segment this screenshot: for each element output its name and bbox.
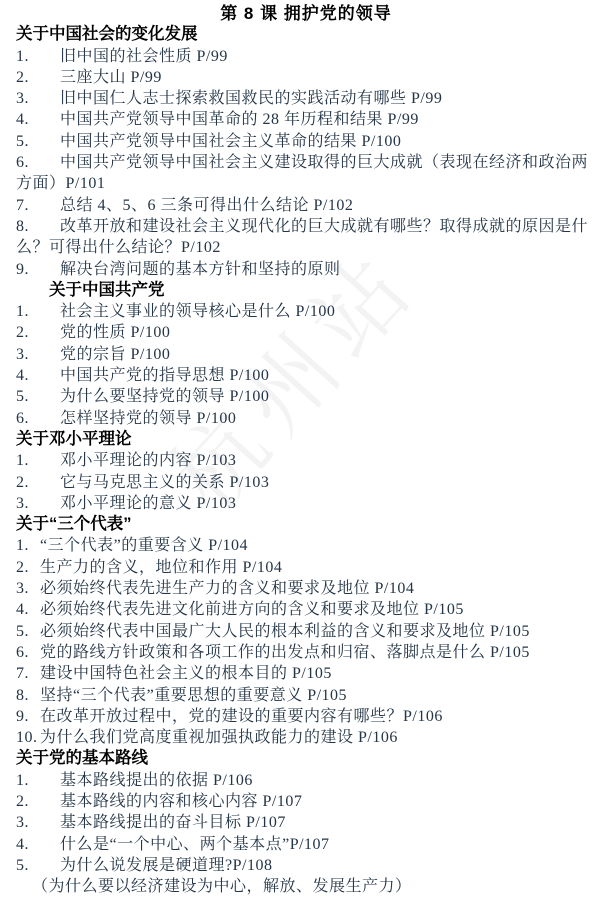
item-number: 4. xyxy=(16,109,60,130)
item-number: 5. xyxy=(16,855,60,876)
item-number: 3. xyxy=(16,88,60,109)
item-text: 为什么我们党高度重视加强执政能力的建设 P/106 xyxy=(40,729,398,746)
item-number: 1. xyxy=(16,770,60,791)
item-text: 怎样坚持党的领导 P/100 xyxy=(60,410,236,427)
item-text: 基本路线的内容和核心内容 P/107 xyxy=(60,793,302,810)
list-item: 1.“三个代表”的重要含义 P/104 xyxy=(16,535,596,556)
item-number: 2. xyxy=(16,557,40,578)
item-text: 党的性质 P/100 xyxy=(60,324,170,341)
list-item: 3.邓小平理论的意义 P/103 xyxy=(16,493,596,514)
item-number: 5. xyxy=(16,621,40,642)
list-item: 6.怎样坚持党的领导 P/100 xyxy=(16,408,596,429)
list-item: 3.旧中国仁人志士探索救国救民的实践活动有哪些 P/99 xyxy=(16,88,596,109)
item-number: 8. xyxy=(16,216,60,237)
item-number: 5. xyxy=(16,386,60,407)
item-text: 建设中国特色社会主义的根本目的 P/105 xyxy=(40,665,332,682)
list-item: 9.在改革开放过程中，党的建设的重要内容有哪些？P/106 xyxy=(16,706,596,727)
list-item: 2.党的性质 P/100 xyxy=(16,322,596,343)
item-number: 6. xyxy=(16,152,60,173)
section-three-represents: 关于“三个代表” 1.“三个代表”的重要含义 P/104 2.生产力的含义，地位… xyxy=(16,514,596,748)
item-number: 8. xyxy=(16,685,40,706)
item-text: 基本路线提出的依据 P/106 xyxy=(60,772,253,789)
list-item: 7.建设中国特色社会主义的根本目的 P/105 xyxy=(16,663,596,684)
item-text: 解决台湾问题的基本方针和坚持的原则 xyxy=(60,261,341,278)
item-text: 旧中国仁人志士探索救国救民的实践活动有哪些 P/99 xyxy=(60,90,442,107)
list-item: 1.旧中国的社会性质 P/99 xyxy=(16,46,596,67)
item-number: 4. xyxy=(16,365,60,386)
item-text: 旧中国的社会性质 P/99 xyxy=(60,48,228,65)
item-text: 什么是“一个中心、两个基本点”P/107 xyxy=(60,836,330,853)
item-number: 6. xyxy=(16,408,60,429)
item-number: 4. xyxy=(16,599,40,620)
item-text: 中国共产党领导中国革命的 28 年历程和结果 P/99 xyxy=(60,111,419,128)
list-item: 1.社会主义事业的领导核心是什么 P/100 xyxy=(16,301,596,322)
item-text: 为什么要坚持党的领导 P/100 xyxy=(60,388,269,405)
item-number: 1. xyxy=(16,450,60,471)
document-page: 杭州站 第 8 课 拥护党的领导 关于中国社会的变化发展 1.旧中国的社会性质 … xyxy=(0,0,612,897)
item-number: 9. xyxy=(16,706,40,727)
item-number: 6. xyxy=(16,642,40,663)
item-text: 邓小平理论的意义 P/103 xyxy=(60,495,236,512)
item-text: 它与马克思主义的关系 P/103 xyxy=(60,474,269,491)
item-text: 生产力的含义，地位和作用 P/104 xyxy=(40,559,282,576)
section-note: （为什么要以经济建设为中心，解放、发展生产力） xyxy=(16,876,596,897)
item-number: 5. xyxy=(16,131,60,152)
section-heading: 关于党的基本路线 xyxy=(16,748,596,769)
item-text: 坚持“三个代表”重要思想的重要意义 P/105 xyxy=(40,687,347,704)
section-heading: 关于中国共产党 xyxy=(16,280,596,301)
item-number: 7. xyxy=(16,195,60,216)
list-item: 3.党的宗旨 P/100 xyxy=(16,344,596,365)
item-number: 3. xyxy=(16,344,60,365)
item-number: 1. xyxy=(16,535,40,556)
item-number: 1. xyxy=(16,46,60,67)
list-item: 3.基本路线提出的奋斗目标 P/107 xyxy=(16,812,596,833)
list-item: 5.为什么要坚持党的领导 P/100 xyxy=(16,386,596,407)
list-item: 2.它与马克思主义的关系 P/103 xyxy=(16,472,596,493)
list-item: 4.中国共产党的指导思想 P/100 xyxy=(16,365,596,386)
item-text: 基本路线提出的奋斗目标 P/107 xyxy=(60,814,286,831)
list-item: 6.党的路线方针政策和各项工作的出发点和归宿、落脚点是什么 P/105 xyxy=(16,642,596,663)
list-item: 4.必须始终代表先进文化前进方向的含义和要求及地位 P/105 xyxy=(16,599,596,620)
item-text: 邓小平理论的内容 P/103 xyxy=(60,452,236,469)
section-basic-line: 关于党的基本路线 1.基本路线提出的依据 P/106 2.基本路线的内容和核心内… xyxy=(16,748,596,897)
item-text: 在改革开放过程中，党的建设的重要内容有哪些？P/106 xyxy=(40,708,443,725)
item-text: 必须始终代表先进文化前进方向的含义和要求及地位 P/105 xyxy=(40,601,464,618)
item-text: 中国共产党领导中国社会主义建设取得的巨大成就（表现在经济和政治两方面）P/101 xyxy=(16,154,588,192)
section-social-change: 关于中国社会的变化发展 1.旧中国的社会性质 P/99 2.三座大山 P/99 … xyxy=(16,24,596,280)
section-heading: 关于中国社会的变化发展 xyxy=(16,24,596,45)
item-text: 党的宗旨 P/100 xyxy=(60,346,170,363)
list-item: 7.总结 4、5、6 三条可得出什么结论 P/102 xyxy=(16,195,596,216)
item-number: 7. xyxy=(16,663,40,684)
list-item: 2.生产力的含义，地位和作用 P/104 xyxy=(16,557,596,578)
item-text: 三座大山 P/99 xyxy=(60,69,162,86)
list-item: 8.坚持“三个代表”重要思想的重要意义 P/105 xyxy=(16,685,596,706)
section-deng-theory: 关于邓小平理论 1.邓小平理论的内容 P/103 2.它与马克思主义的关系 P/… xyxy=(16,429,596,514)
item-text: 必须始终代表先进生产力的含义和要求及地位 P/104 xyxy=(40,580,414,597)
item-number: 10. xyxy=(16,727,40,748)
item-text: 总结 4、5、6 三条可得出什么结论 P/102 xyxy=(60,197,353,214)
item-text: 中国共产党的指导思想 P/100 xyxy=(60,367,269,384)
list-item: 5.必须始终代表中国最广大人民的根本利益的含义和要求及地位 P/105 xyxy=(16,621,596,642)
list-item: 9.解决台湾问题的基本方针和坚持的原则 xyxy=(16,259,596,280)
list-item: 10.为什么我们党高度重视加强执政能力的建设 P/106 xyxy=(16,727,596,748)
item-number: 3. xyxy=(16,812,60,833)
list-item: 1.基本路线提出的依据 P/106 xyxy=(16,770,596,791)
item-text: “三个代表”的重要含义 P/104 xyxy=(40,537,248,554)
list-item: 6.中国共产党领导中国社会主义建设取得的巨大成就（表现在经济和政治两方面）P/1… xyxy=(16,152,596,195)
section-cpc: 关于中国共产党 1.社会主义事业的领导核心是什么 P/100 2.党的性质 P/… xyxy=(16,280,596,429)
item-number: 2. xyxy=(16,322,60,343)
item-text: 为什么说发展是硬道理?P/108 xyxy=(60,857,272,874)
item-number: 3. xyxy=(16,493,60,514)
list-item: 8.改革开放和建设社会主义现代化的巨大成就有哪些？取得成就的原因是什么？可得出什… xyxy=(16,216,596,259)
item-number: 2. xyxy=(16,67,60,88)
section-heading: 关于邓小平理论 xyxy=(16,429,596,450)
item-number: 9. xyxy=(16,259,60,280)
item-text: 社会主义事业的领导核心是什么 P/100 xyxy=(60,303,335,320)
section-heading: 关于“三个代表” xyxy=(16,514,596,535)
list-item: 4.中国共产党领导中国革命的 28 年历程和结果 P/99 xyxy=(16,109,596,130)
list-item: 4.什么是“一个中心、两个基本点”P/107 xyxy=(16,834,596,855)
list-item: 2.三座大山 P/99 xyxy=(16,67,596,88)
list-item: 1.邓小平理论的内容 P/103 xyxy=(16,450,596,471)
list-item: 3.必须始终代表先进生产力的含义和要求及地位 P/104 xyxy=(16,578,596,599)
item-text: 改革开放和建设社会主义现代化的巨大成就有哪些？取得成就的原因是什么？可得出什么结… xyxy=(16,218,588,256)
item-number: 2. xyxy=(16,791,60,812)
page-title: 第 8 课 拥护党的领导 xyxy=(16,3,596,24)
item-number: 4. xyxy=(16,834,60,855)
list-item: 2.基本路线的内容和核心内容 P/107 xyxy=(16,791,596,812)
item-number: 1. xyxy=(16,301,60,322)
item-text: 党的路线方针政策和各项工作的出发点和归宿、落脚点是什么 P/105 xyxy=(40,644,530,661)
list-item: 5.为什么说发展是硬道理?P/108 xyxy=(16,855,596,876)
item-number: 2. xyxy=(16,472,60,493)
item-number: 3. xyxy=(16,578,40,599)
item-text: 中国共产党领导中国社会主义革命的结果 P/100 xyxy=(60,133,401,150)
item-text: 必须始终代表中国最广大人民的根本利益的含义和要求及地位 P/105 xyxy=(40,623,530,640)
list-item: 5.中国共产党领导中国社会主义革命的结果 P/100 xyxy=(16,131,596,152)
